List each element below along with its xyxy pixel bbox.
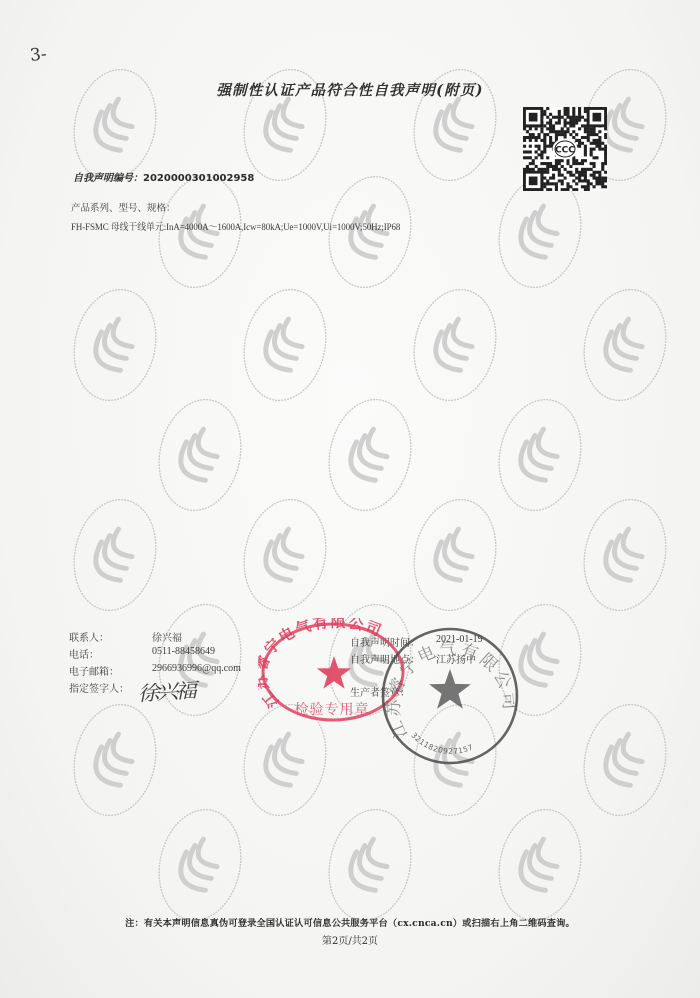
email-label: 电子邮箱： [69, 663, 119, 678]
handwritten-note: 3- [29, 44, 48, 66]
contact-person-label: 联系人： [69, 629, 109, 644]
ccc-logo-icon [319, 392, 421, 518]
svg-text:江苏睿宁电气有限公司: 江苏睿宁电气有限公司 [258, 618, 385, 712]
ccc-logo-icon [319, 802, 421, 928]
footer-note: 注：有关本声明信息真伪可登录全国认证认可信息公共服务平台（cx.cnca.cn）… [0, 915, 700, 929]
ccc-logo-icon [404, 282, 506, 408]
ccc-logo-icon [149, 802, 251, 928]
ccc-logo-icon [234, 492, 336, 618]
ccc-logo-icon [489, 392, 591, 518]
ccc-logo-icon [404, 492, 506, 618]
ccc-logo-icon [574, 282, 676, 408]
declaration-number-value: 2020000301002958 [143, 173, 254, 184]
page-title: 强制性认证产品符合性自我声明(附页) [0, 79, 700, 100]
ccc-logo-icon [574, 492, 676, 618]
qr-code-icon[interactable]: CCC [523, 107, 607, 191]
phone-label: 电话： [69, 646, 99, 661]
ccc-logo-icon [64, 492, 166, 618]
svg-text:检验专用章: 检验专用章 [295, 701, 370, 718]
page-number: 第2页/共2页 [0, 932, 700, 947]
ccc-logo-icon [234, 282, 336, 408]
phone-value: 0511-88458649 [152, 646, 215, 657]
signatory-label: 指定签字人： [69, 680, 129, 695]
ccc-logo-icon [64, 697, 166, 823]
ccc-logo-icon [149, 392, 251, 518]
product-spec-label: 产品系列、型号、规格： [71, 200, 176, 214]
svg-text:3211820927157: 3211820927157 [409, 731, 474, 756]
declaration-number: 自我声明编号：2020000301002958 [73, 169, 254, 184]
ccc-logo-icon [574, 697, 676, 823]
product-spec-value: FH-FSMC 母线干线单元:InA=4000A～1600A,Icw=80kA;… [71, 219, 400, 233]
ccc-logo-icon [64, 282, 166, 408]
email-value: 2966936996@qq.com [152, 663, 241, 674]
declaration-number-label: 自我声明编号： [73, 173, 143, 184]
handwritten-signature: 徐兴福 [137, 674, 195, 707]
ccc-logo-icon [489, 802, 591, 928]
contact-person-value: 徐兴福 [152, 629, 182, 644]
company-seal: 江苏睿宁电气有限公司3211820927157 [378, 625, 522, 767]
